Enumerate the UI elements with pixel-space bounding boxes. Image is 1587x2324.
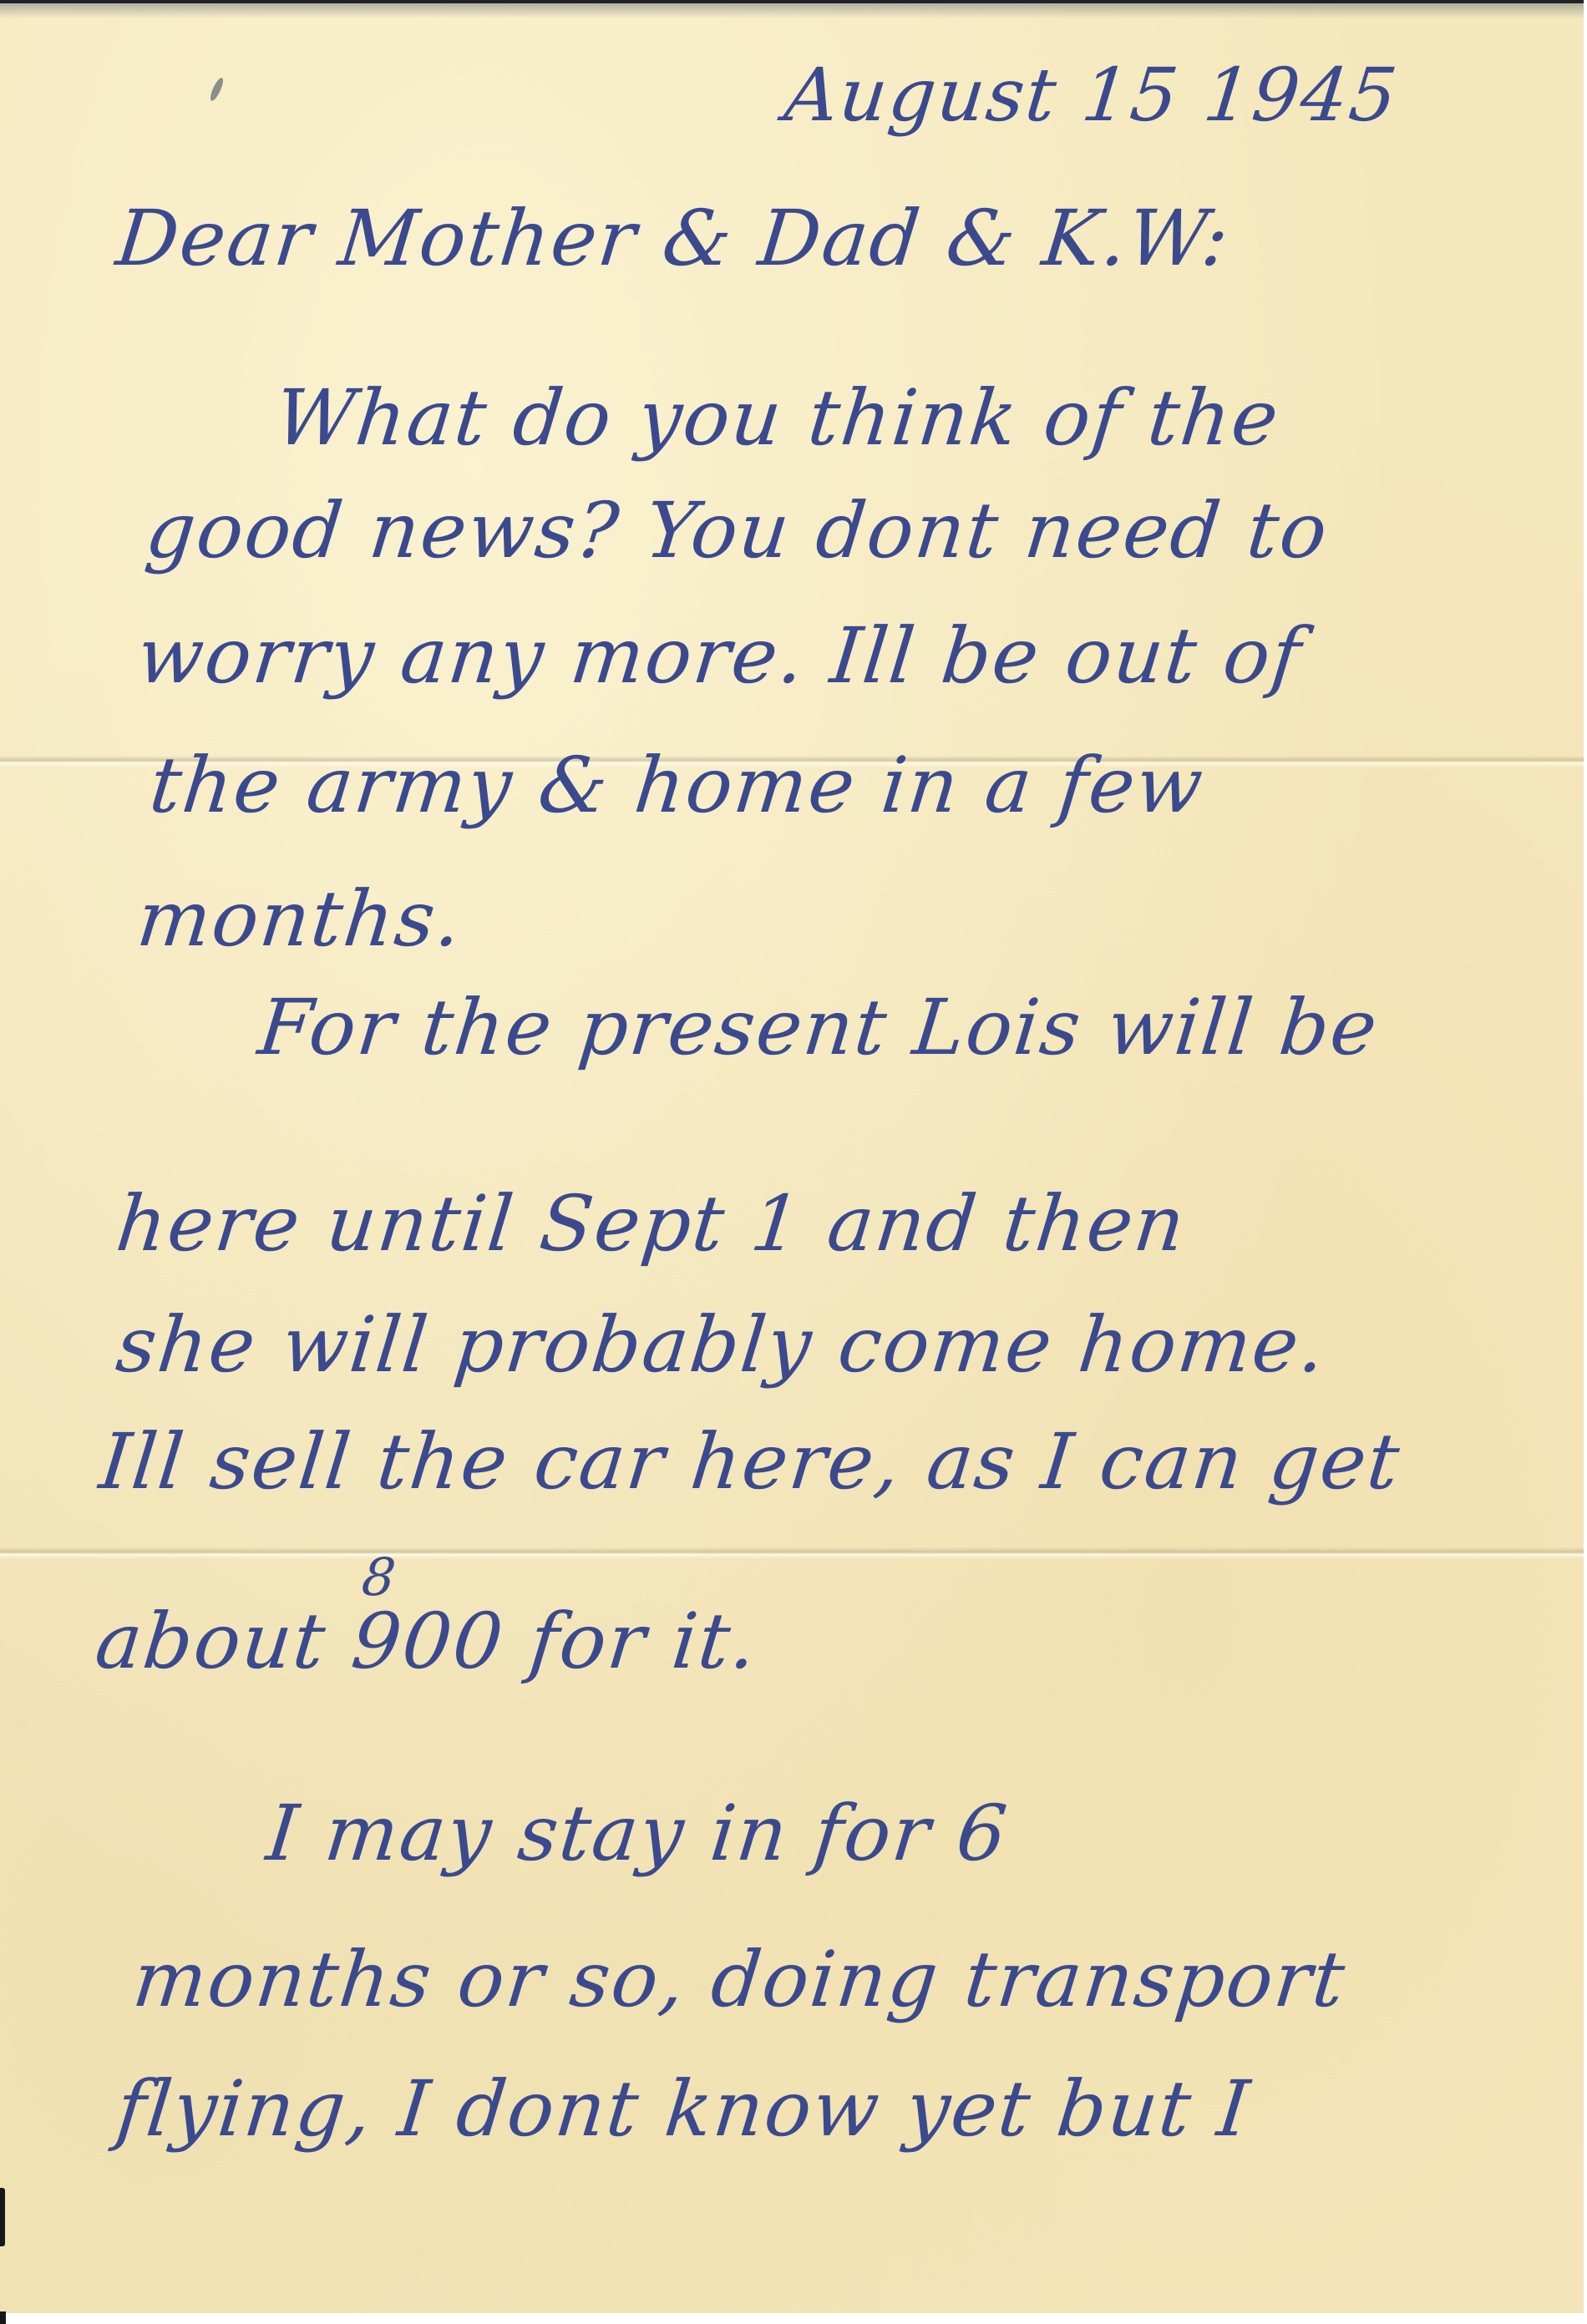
letter-line: flying, I dont know yet but I [113,2071,1254,2148]
letter-line: here until Sept 1 and then [113,1186,1189,1263]
price-suffix: for it. [525,1597,763,1686]
scan-edge-mark-bottom [0,2311,6,2324]
scan-top-shadow [0,3,1584,18]
letter-line: months. [134,881,466,958]
letter-line: months or so, doing transport [129,1942,1350,2018]
letter-line: I may stay in for 6 [263,1795,1012,1872]
scan-edge-mark [0,2188,5,2246]
letter-line: What do you think of the [271,380,1283,457]
ink-speck [208,77,226,103]
fold-crease-lower [0,1547,1584,1559]
letter-line-price: about 8 900 for it. [92,1603,761,1680]
letter-date: August 15 1945 [781,58,1402,132]
price-correction: 8 [359,1552,399,1603]
letter-line: Ill sell the car here, as I can get [96,1424,1404,1501]
scanned-page: August 15 1945 Dear Mother & Dad & K.W: … [0,0,1587,2324]
letter-line: good news? You dont need to [142,493,1332,570]
price-amount: 8 900 [348,1603,508,1680]
price-prefix: about [91,1597,331,1686]
letter-line: For the present Lois will be [255,990,1382,1066]
letter-salutation: Dear Mother & Dad & K.W: [113,200,1234,277]
price-value: 900 [347,1597,509,1686]
letter-line: worry any more. Ill be out of [134,618,1306,695]
letter-paper: August 15 1945 Dear Mother & Dad & K.W: … [0,0,1584,2313]
letter-line: she will probably come home. [113,1307,1330,1384]
letter-line: the army & home in a few [146,747,1208,824]
